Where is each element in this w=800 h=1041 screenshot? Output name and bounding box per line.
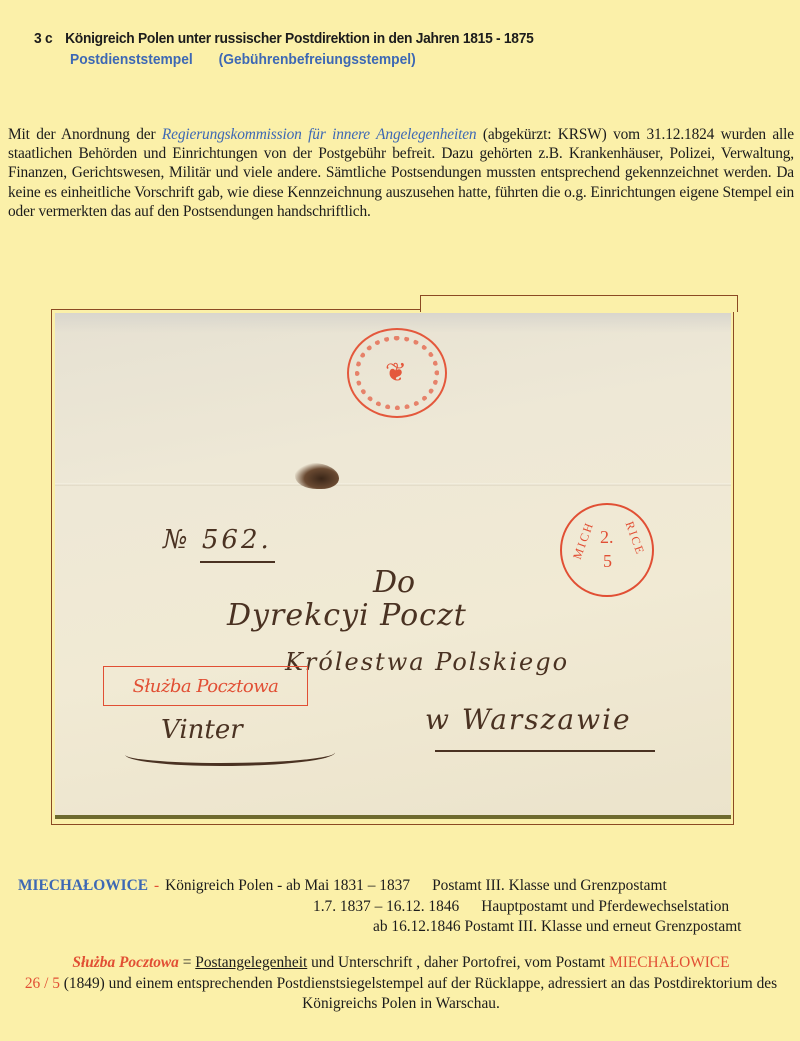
official-seal-stamp: ❦ <box>347 328 447 418</box>
postmark-text-left: MICH <box>570 519 598 561</box>
postmark-text-right: RICE <box>621 519 647 557</box>
sluzba-pocztowa-stamp: Służba Pocztowa <box>103 666 308 706</box>
translation-term: Postangelegenheit <box>195 954 307 971</box>
folded-letter: ❦ MICH RICE 2. 5 № 562. Do Dyrekcyi Pocz… <box>55 313 731 819</box>
section-number: 3 c <box>34 30 52 47</box>
subtitle-left: Postdienststempel <box>70 51 193 68</box>
subtitle-right: (Gebührenbefreiungsstempel) <box>219 51 416 68</box>
office-row-3: ab 16.12.1846 Postamt III. Klasse und er… <box>18 917 788 938</box>
fold-line <box>55 483 731 486</box>
equals-sign: = <box>179 954 195 971</box>
note-text-1: und Unterschrift , daher Portofrei, vom … <box>307 954 609 971</box>
office-name: MIECHAŁOWICE <box>18 877 148 894</box>
office-row-2: 1.7. 1837 – 16.12. 1846Hauptpostamt und … <box>18 897 788 918</box>
title-text: Königreich Polen unter russischer Postdi… <box>65 30 533 47</box>
address-underline <box>435 750 655 752</box>
postmark-day: 2. <box>600 527 614 548</box>
signature-flourish <box>125 741 335 766</box>
handwritten-number: № 562. <box>163 525 272 555</box>
office-period-2: 1.7. 1837 – 16.12. 1846 <box>313 898 459 915</box>
address-line-3: w Warszawie <box>425 703 632 736</box>
circular-postmark: MICH RICE 2. 5 <box>560 503 654 597</box>
letter-description: Służba Pocztowa = Postangelegenheit und … <box>14 953 788 1015</box>
note-date: 26 / 5 <box>25 975 60 992</box>
krsw-reference: Regierungskommission für innere Angelege… <box>162 126 477 143</box>
address-line-1: Dyrekcyi Poczt <box>227 598 467 633</box>
page-title: 3 c Königreich Polen unter russischer Po… <box>34 30 534 47</box>
note-text-2: (1849) und einem entsprechenden Postdien… <box>60 975 777 1013</box>
page-header: 3 c Königreich Polen unter russischer Po… <box>34 30 577 68</box>
page-subtitle: Postdienststempel (Gebührenbefreiungsste… <box>70 51 536 68</box>
office-dash: - <box>154 877 159 894</box>
office-status-1: Postamt III. Klasse und Grenzpostamt <box>432 877 667 894</box>
address-line-2: Królestwa Polskiego <box>285 648 569 676</box>
mount-frame-notch <box>420 295 738 312</box>
ink-blot <box>295 463 339 489</box>
office-row-1: MIECHAŁOWICE-Königreich Polen - ab Mai 1… <box>18 876 788 897</box>
number-underline <box>200 561 275 563</box>
office-status-2: Hauptpostamt und Pferdewechselstation <box>481 898 729 915</box>
office-period-1: Königreich Polen - ab Mai 1831 – 1837 <box>165 877 410 894</box>
intro-text-start: Mit der Anordnung der <box>8 126 162 143</box>
handwritten-do: Do <box>373 565 415 600</box>
office-period-3: ab 16.12.1846 Postamt III. Klasse und er… <box>373 918 741 935</box>
postmark-month: 5 <box>603 551 612 572</box>
polish-term: Służba Pocztowa <box>72 954 178 971</box>
letter-mount: ❦ MICH RICE 2. 5 № 562. Do Dyrekcyi Pocz… <box>51 299 736 827</box>
intro-paragraph: Mit der Anordnung der Regierungskommissi… <box>8 125 794 221</box>
eagle-icon: ❦ <box>385 358 407 388</box>
post-office-history: MIECHAŁOWICE-Königreich Polen - ab Mai 1… <box>18 876 788 938</box>
note-office: MIECHAŁOWICE <box>609 954 730 971</box>
